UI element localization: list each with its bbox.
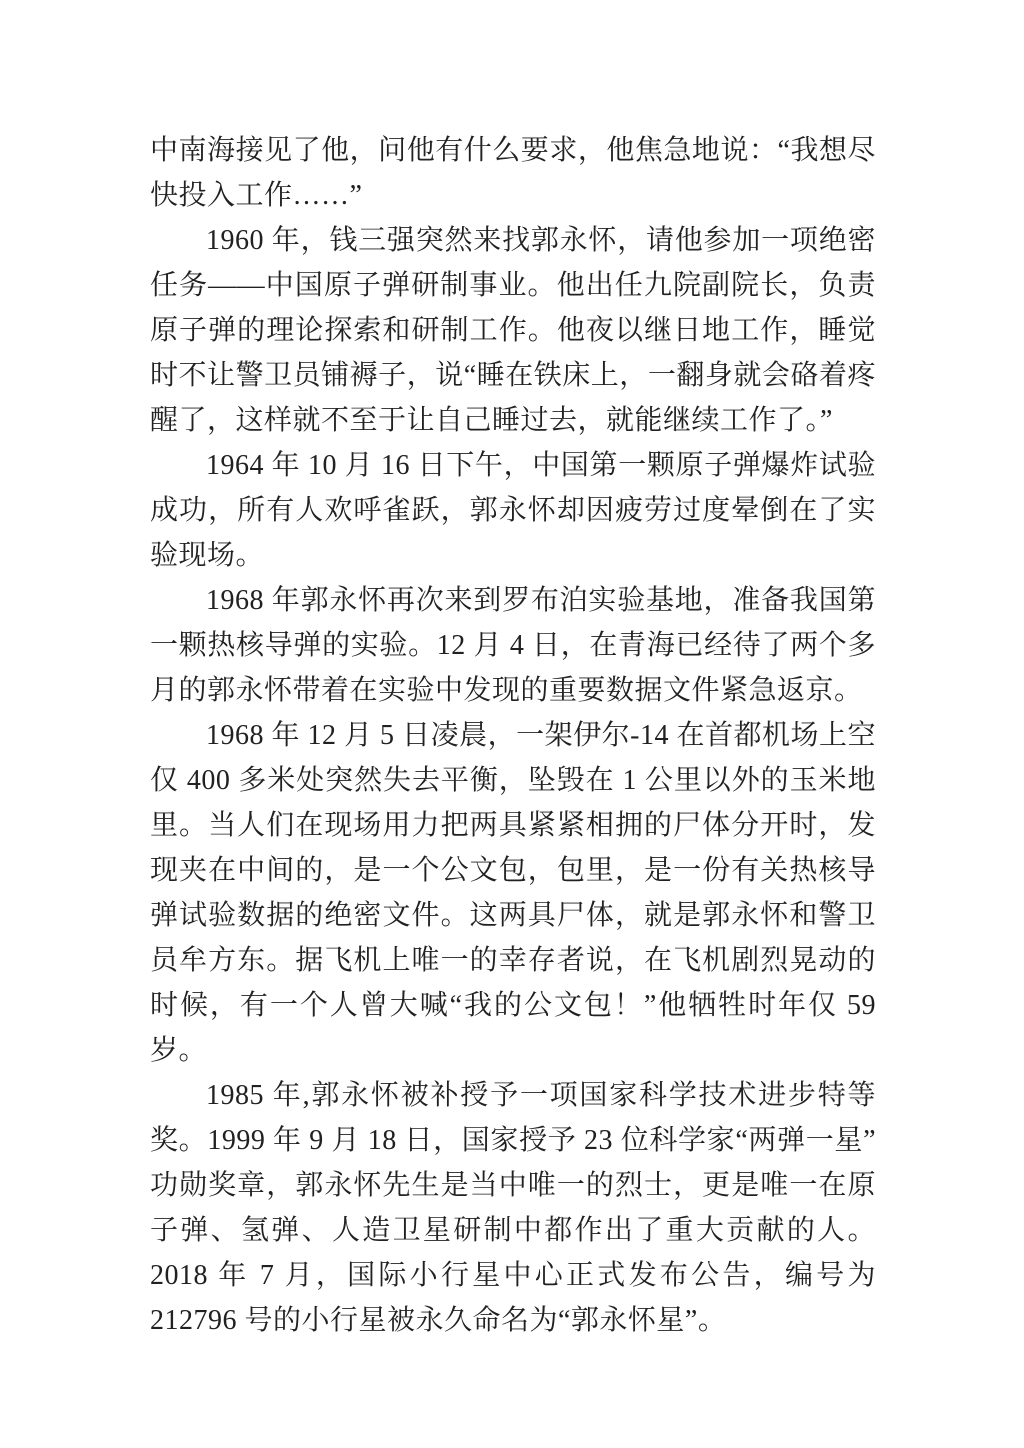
paragraph: 中南海接见了他，问他有什么要求，他焦急地说：“我想尽快投入工作……” <box>150 128 876 218</box>
paragraph: 1968 年 12 月 5 日凌晨，一架伊尔-14 在首都机场上空仅 400 多… <box>150 713 876 1073</box>
document-body: 中南海接见了他，问他有什么要求，他焦急地说：“我想尽快投入工作……”1960 年… <box>150 128 876 1343</box>
paragraph: 1964 年 10 月 16 日下午，中国第一颗原子弹爆炸试验成功，所有人欢呼雀… <box>150 443 876 578</box>
paragraph: 1985 年,郭永怀被补授予一项国家科学技术进步特等奖。1999 年 9 月 1… <box>150 1073 876 1343</box>
document-page: 中南海接见了他，问他有什么要求，他焦急地说：“我想尽快投入工作……”1960 年… <box>0 0 1024 1448</box>
paragraph: 1960 年，钱三强突然来找郭永怀，请他参加一项绝密任务——中国原子弹研制事业。… <box>150 218 876 443</box>
paragraph: 1968 年郭永怀再次来到罗布泊实验基地，准备我国第一颗热核导弹的实验。12 月… <box>150 578 876 713</box>
